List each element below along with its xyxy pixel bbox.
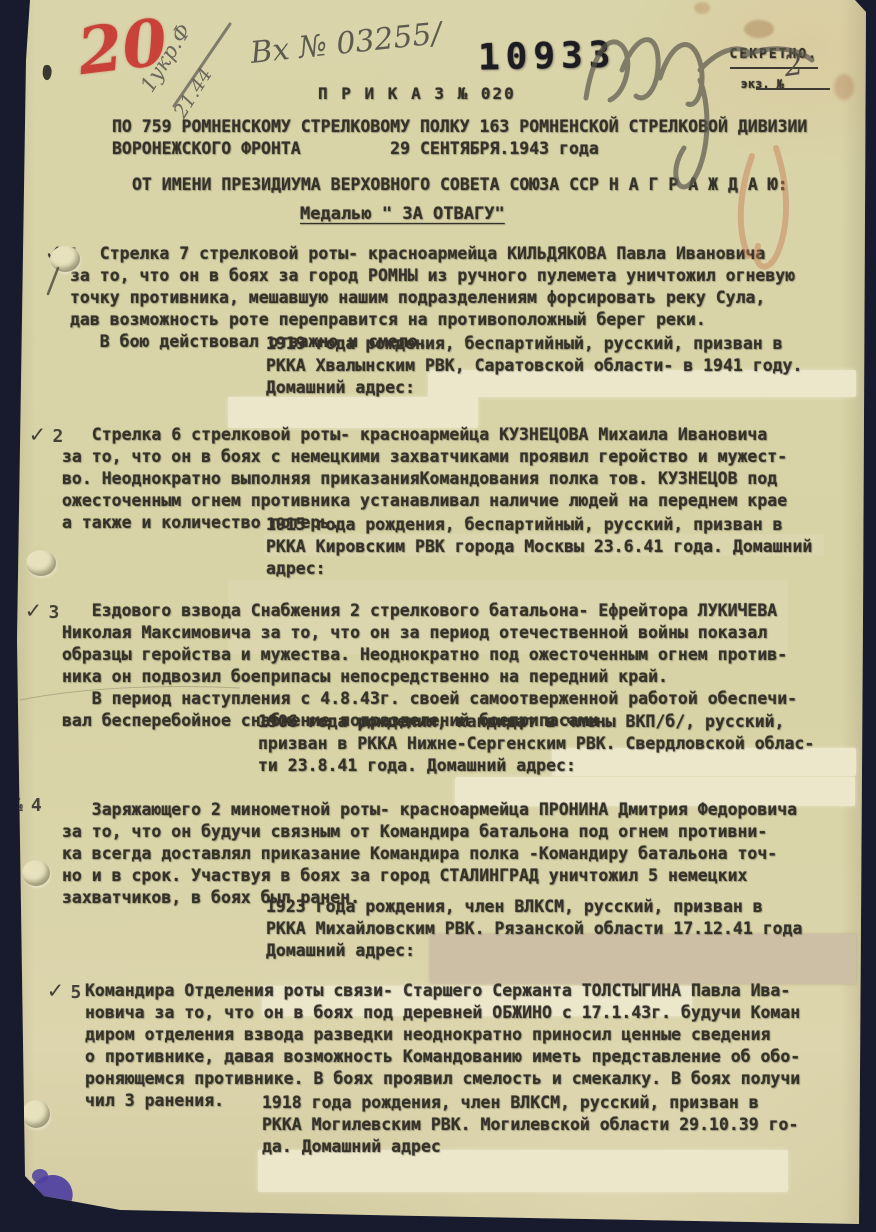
copy-number-underline (756, 88, 830, 90)
margin-mark: ✓3 (26, 596, 59, 624)
margin-mark: №4 (12, 795, 42, 816)
order-header: ПО 759 РОМНЕНСКОМУ СТРЕЛКОВОМУ ПОЛКУ 163… (112, 116, 807, 160)
purple-ink-blot (31, 1175, 73, 1214)
punch-hole (50, 246, 80, 272)
award-preamble: ОТ ИМЕНИ ПРЕЗИДИУМА ВЕРХОВНОГО СОВЕТА СО… (132, 175, 788, 194)
margin-mark: ✓2 (30, 420, 63, 448)
punch-hole (26, 550, 56, 576)
punch-hole (22, 1100, 50, 1128)
purple-ink-blot-small (32, 1169, 48, 1183)
paper-stain (694, 2, 710, 14)
bio-text: 1918 года рождения, член ВЛКСМ, русский,… (262, 1092, 798, 1158)
scanned-document-page: 20 1укр.Ф 21.44 Вх № 03255/ 10933 СЕКРЕТ… (0, 0, 876, 1232)
bio-text: 1915 года рождения, беспартийный, русски… (266, 514, 812, 580)
paper-stain (744, 20, 774, 38)
bio-text: 1923 года рождения, член ВЛКСМ, русский,… (266, 896, 802, 962)
number-sign: № (12, 795, 23, 816)
paper-sheet: 20 1укр.Ф 21.44 Вх № 03255/ 10933 СЕКРЕТ… (0, 0, 876, 1232)
citation-text: Заряжающего 2 минометной роты- красноарм… (62, 799, 797, 909)
checkmark-icon: ✓ (26, 596, 40, 624)
checkmark-icon: ✓ (30, 420, 44, 448)
pencil-date-note: 21.44 (169, 64, 216, 122)
header-line: ВОРОНЕЖСКОГО ФРОНТА 29 СЕНТЯБРЯ.1943 год… (112, 138, 807, 160)
pencil-tick-slash (48, 268, 58, 294)
medal-name-line: Медалью " ЗА ОТВАГУ" (300, 204, 505, 224)
header-line: ПО 759 РОМНЕНСКОМУ СТРЕЛКОВОМУ ПОЛКУ 163… (112, 116, 807, 138)
order-title: П Р И К А З № 020 (318, 84, 516, 103)
bio-text: 1906 года рождения, кандидат в члены ВКП… (258, 711, 814, 777)
secret-label: СЕКРЕТНО. (730, 44, 818, 69)
paper-stain (834, 74, 854, 100)
margin-mark: ✓5 (48, 976, 81, 1004)
checkmark-icon: ✓ (48, 976, 62, 1004)
incoming-number-note: Вх № 03255/ (249, 16, 444, 71)
ink-mark (43, 65, 52, 80)
punch-hole (22, 860, 50, 886)
registration-stamp-number: 10933 (478, 35, 617, 79)
bio-text: 1919 года рождения, беспартийный, русски… (266, 333, 802, 399)
